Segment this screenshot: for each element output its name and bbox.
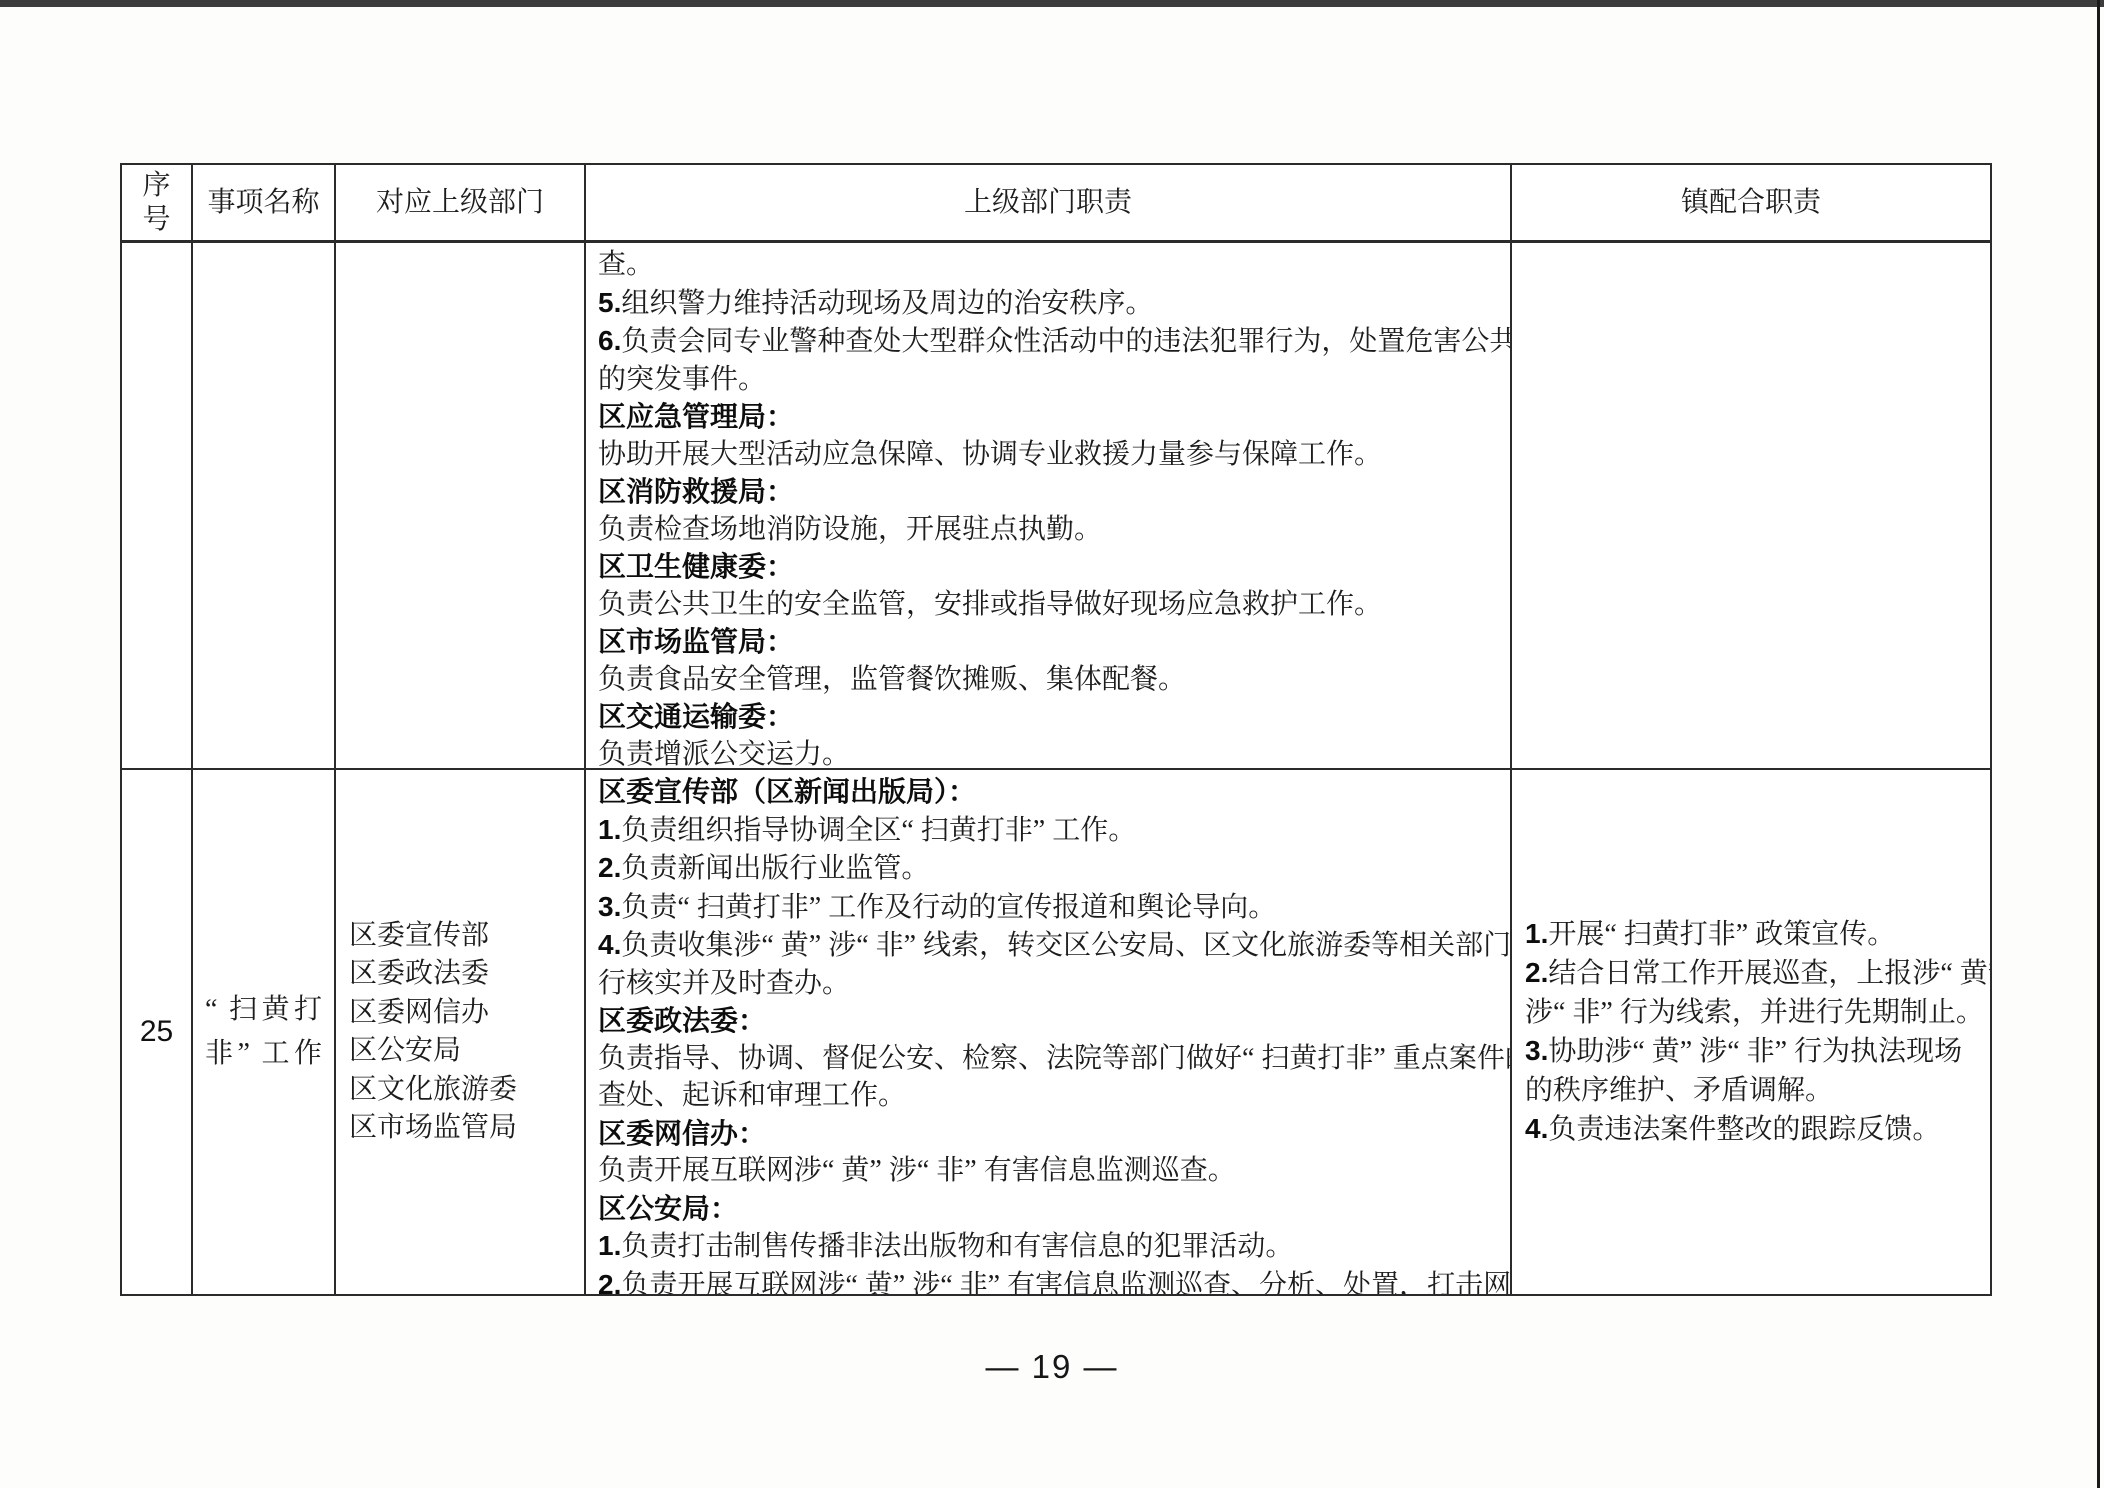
list-number: 4. bbox=[598, 929, 621, 960]
text-line: 协助开展大型活动应急保障、协调专业救援力量参与保障工作。 bbox=[598, 436, 1502, 474]
text-line: 查。 bbox=[598, 246, 1502, 284]
row1-item-cell bbox=[193, 243, 336, 770]
text-line: 1.开展“ 扫黄打非” 政策宣传。 bbox=[1525, 915, 1984, 955]
header-seq-label: 序号 bbox=[141, 169, 173, 237]
text-line: “ 扫黄打 bbox=[205, 988, 322, 1032]
row1-departments-cell bbox=[336, 243, 586, 770]
text-line: 区市场监管局 bbox=[349, 1109, 578, 1148]
page-number: — 19 — bbox=[0, 1348, 2104, 1386]
list-number: 5. bbox=[598, 287, 621, 318]
row2-seq-cell: 25 bbox=[122, 770, 193, 1294]
text-line: 区文化旅游委 bbox=[349, 1071, 578, 1110]
text-line: 2.负责新闻出版行业监管。 bbox=[598, 849, 1502, 888]
text-line: 负责公共卫生的安全监管，安排或指导做好现场应急救护工作。 bbox=[598, 586, 1502, 624]
text-line: 的突发事件。 bbox=[598, 361, 1502, 399]
text-line: 4.负责违法案件整改的跟踪反馈。 bbox=[1525, 1110, 1984, 1150]
responsibility-table: 序号 事项名称 对应上级部门 上级部门职责 镇配合职责 查。5.组织警力维持活动… bbox=[120, 163, 1992, 1296]
list-number: 4. bbox=[1525, 1113, 1548, 1144]
text-line: 的秩序维护、矛盾调解。 bbox=[1525, 1072, 1984, 1111]
list-number: 2. bbox=[1525, 957, 1548, 988]
text-line: 负责指导、协调、督促公安、检察、法院等部门做好“ 扫黄打非” 重点案件的 bbox=[598, 1040, 1502, 1078]
row2-departments-cell: 区委宣传部区委政法委区委网信办区公安局区文化旅游委区市场监管局 bbox=[336, 770, 586, 1294]
text-line: 负责检查场地消防设施，开展驻点执勤。 bbox=[598, 511, 1502, 549]
item-name: “ 扫黄打非” 工作 bbox=[193, 988, 334, 1076]
text-line: 2.结合日常工作开展巡查，上报涉“ 黄” bbox=[1525, 954, 1984, 994]
header-seq: 序号 bbox=[122, 165, 193, 243]
text-line: 6.负责会同专业警种查处大型群众性活动中的违法犯罪行为，处置危害公共安全 bbox=[598, 322, 1502, 361]
text-line: 区委政法委： bbox=[598, 1002, 1502, 1040]
text-line: 区应急管理局： bbox=[598, 398, 1502, 436]
row2-superior-duties-cell: 区委宣传部（区新闻出版局）：1.负责组织指导协调全区“ 扫黄打非” 工作。2.负… bbox=[586, 770, 1512, 1294]
text-line: 负责食品安全管理，监管餐饮摊贩、集体配餐。 bbox=[598, 661, 1502, 699]
row2-item-cell: “ 扫黄打非” 工作 bbox=[193, 770, 336, 1294]
text-line: 行核实并及时查办。 bbox=[598, 965, 1502, 1003]
list-number: 1. bbox=[1525, 918, 1548, 949]
header-superior-duties: 上级部门职责 bbox=[586, 165, 1512, 243]
document-page: { "page": { "footer": "— 19 —" }, "table… bbox=[0, 0, 2104, 1488]
list-number: 3. bbox=[1525, 1035, 1548, 1066]
text-line: 涉“ 非” 行为线索，并进行先期制止。 bbox=[1525, 994, 1984, 1033]
text-line: 5.组织警力维持活动现场及周边的治安秩序。 bbox=[598, 284, 1502, 323]
text-line: 区委宣传部（区新闻出版局）： bbox=[598, 773, 1502, 811]
list-number: 1. bbox=[598, 814, 621, 845]
scan-page-edge-line bbox=[2097, 0, 2100, 1488]
scan-top-band bbox=[0, 0, 2104, 7]
text-line: 1.负责组织指导协调全区“ 扫黄打非” 工作。 bbox=[598, 811, 1502, 850]
text-line: 区公安局： bbox=[598, 1190, 1502, 1228]
text-line: 负责增派公交运力。 bbox=[598, 736, 1502, 771]
header-item-name: 事项名称 bbox=[193, 165, 336, 243]
text-line: 区消防救援局： bbox=[598, 473, 1502, 511]
row1-seq-cell bbox=[122, 243, 193, 770]
list-number: 1. bbox=[598, 1230, 621, 1261]
text-line: 4.负责收集涉“ 黄” 涉“ 非” 线索，转交区公安局、区文化旅游委等相关部门进 bbox=[598, 926, 1502, 965]
text-line: 区委网信办 bbox=[349, 994, 578, 1033]
text-line: 2.负责开展互联网涉“ 黄” 涉“ 非” 有害信息监测巡查、分析、处置，打击网络 bbox=[598, 1266, 1502, 1295]
text-line: 区委政法委 bbox=[349, 955, 578, 994]
row1-superior-duties-cell: 查。5.组织警力维持活动现场及周边的治安秩序。6.负责会同专业警种查处大型群众性… bbox=[586, 243, 1512, 770]
text-line: 负责开展互联网涉“ 黄” 涉“ 非” 有害信息监测巡查。 bbox=[598, 1152, 1502, 1190]
text-line: 1.负责打击制售传播非法出版物和有害信息的犯罪活动。 bbox=[598, 1227, 1502, 1266]
row1-town-duties-cell bbox=[1512, 243, 1990, 770]
header-departments: 对应上级部门 bbox=[336, 165, 586, 243]
text-line: 区市场监管局： bbox=[598, 623, 1502, 661]
text-line: 区交通运输委： bbox=[598, 698, 1502, 736]
text-line: 区委宣传部 bbox=[349, 917, 578, 956]
list-number: 2. bbox=[598, 1269, 621, 1295]
text-line: 3.负责“ 扫黄打非” 工作及行动的宣传报道和舆论导向。 bbox=[598, 888, 1502, 927]
text-line: 区卫生健康委： bbox=[598, 548, 1502, 586]
row-seq-number: 25 bbox=[140, 1015, 173, 1049]
text-line: 非” 工作 bbox=[205, 1032, 322, 1076]
text-line: 3.协助涉“ 黄” 涉“ 非” 行为执法现场 bbox=[1525, 1032, 1984, 1072]
text-line: 区公安局 bbox=[349, 1032, 578, 1071]
list-number: 6. bbox=[598, 325, 621, 356]
list-number: 3. bbox=[598, 891, 621, 922]
text-line: 查处、起诉和审理工作。 bbox=[598, 1077, 1502, 1115]
row2-town-duties-cell: 1.开展“ 扫黄打非” 政策宣传。2.结合日常工作开展巡查，上报涉“ 黄”涉“ … bbox=[1512, 770, 1990, 1294]
list-number: 2. bbox=[598, 852, 621, 883]
header-town-duties: 镇配合职责 bbox=[1512, 165, 1990, 243]
text-line: 区委网信办： bbox=[598, 1115, 1502, 1153]
